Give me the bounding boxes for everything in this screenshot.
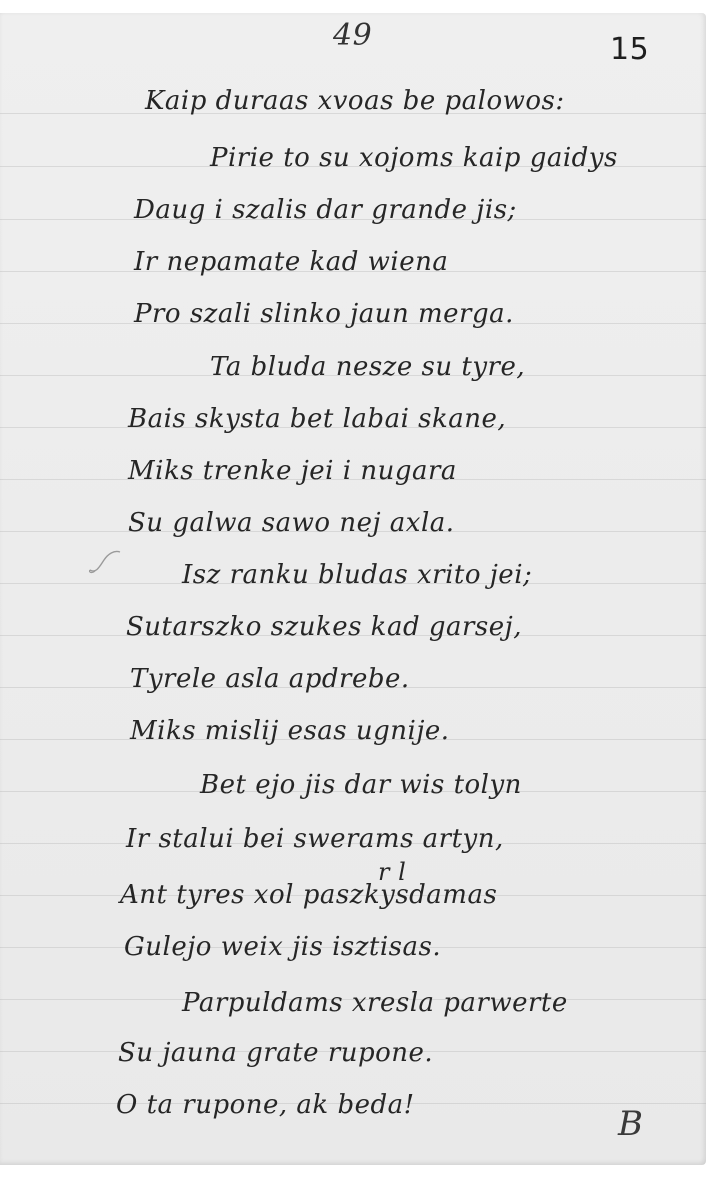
verse-line: Kaip duraas xvoas be palowos: — [145, 86, 565, 116]
verse-line: O ta rupone, ak beda! — [116, 1090, 415, 1120]
corner-mark: B — [618, 1104, 644, 1144]
verse-line: Ta bluda nesze su tyre, — [210, 352, 525, 382]
folio-number: 15 — [610, 32, 649, 67]
page-number: 49 — [333, 18, 372, 53]
verse-line: Miks trenke jei i nugara — [128, 456, 457, 486]
verse-line: Ir nepamate kad wiena — [134, 247, 448, 277]
margin-mark-icon — [86, 548, 126, 578]
verse-line: Gulejo weix jis isztisas. — [124, 932, 441, 962]
verse-line: Ant tyres xol paszkysdamas — [120, 880, 497, 910]
verse-line: Isz ranku bludas xrito jei; — [182, 560, 532, 590]
verse-line: Tyrele asla apdrebe. — [130, 664, 410, 694]
verse-line: Bet ejo jis dar wis tolyn — [200, 770, 522, 800]
verse-line: Sutarszko szukes kad garsej, — [126, 612, 522, 642]
verse-line: Pro szali slinko jaun merga. — [134, 299, 514, 329]
verse-line: Su galwa sawo nej axla. — [128, 508, 455, 538]
verse-line: Ir stalui bei swerams artyn, — [126, 824, 504, 854]
verse-line: Su jauna grate rupone. — [118, 1038, 433, 1068]
verse-line: Bais skysta bet labai skane, — [128, 404, 506, 434]
verse-line: Pirie to su xojoms kaip gaidys — [210, 143, 618, 173]
verse-line: Daug i szalis dar grande jis; — [134, 195, 517, 225]
verse-line: Parpuldams xresla parwerte — [182, 988, 568, 1018]
verse-line: Miks mislij esas ugnije. — [130, 716, 450, 746]
